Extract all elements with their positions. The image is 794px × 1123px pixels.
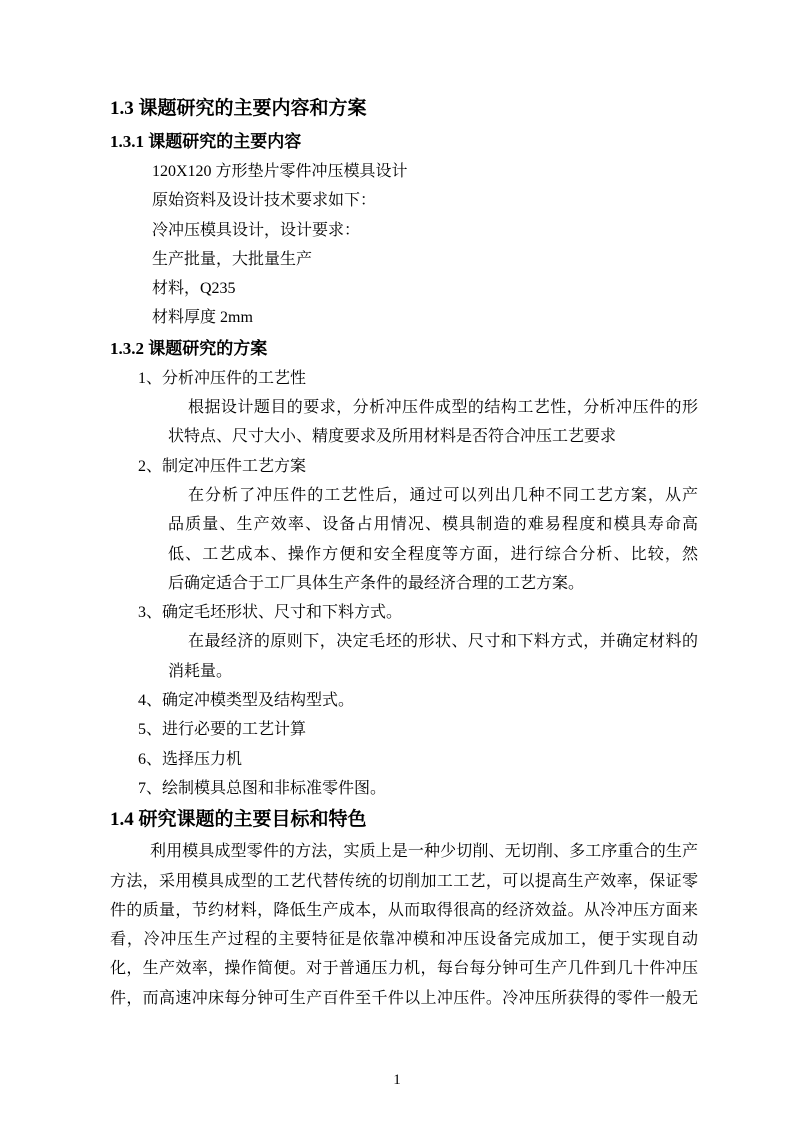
heading-1-4: 1.4 研究课题的主要目标和特色 xyxy=(110,803,698,837)
list-item-number: 3、 xyxy=(138,604,162,621)
intro-line: 生产批量，大批量生产 xyxy=(110,245,698,274)
heading-1-3-2: 1.3.2 课题研究的方案 xyxy=(110,333,698,364)
paragraph-line: 看，冷冲压生产过程的主要特征是依靠冲模和冲压设备完成加工，便于实现自动 xyxy=(110,925,698,954)
document-page: 1.3 课题研究的主要内容和方案 1.3.1 课题研究的主要内容 120X120… xyxy=(0,0,794,1123)
intro-line: 材料厚度 2mm xyxy=(110,303,698,332)
paragraph-line: 在最经济的原则下，决定毛坯的形状、尺寸和下料方式，并确定材料的 xyxy=(110,627,698,656)
list-item-title: 进行必要的工艺计算 xyxy=(162,721,306,738)
paragraph-line: 后确定适合于工厂具体生产条件的最经济合理的工艺方案。 xyxy=(110,569,698,598)
list-item-number: 4、 xyxy=(138,692,162,709)
list-item-5: 5、进行必要的工艺计算 xyxy=(110,715,698,744)
list-item-title: 确定毛坯形状、尺寸和下料方式。 xyxy=(162,604,402,621)
page-content: 1.3 课题研究的主要内容和方案 1.3.1 课题研究的主要内容 120X120… xyxy=(110,92,698,1013)
list-item-title: 绘制模具总图和非标准零件图。 xyxy=(162,780,386,797)
list-item-number: 2、 xyxy=(138,458,162,475)
list-item-7: 7、绘制模具总图和非标准零件图。 xyxy=(110,774,698,803)
paragraph-line: 根据设计题目的要求，分析冲压件成型的结构工艺性，分析冲压件的形 xyxy=(110,393,698,422)
list-item-title: 分析冲压件的工艺性 xyxy=(162,370,306,387)
paragraph-line: 品质量、生产效率、设备占用情况、模具制造的难易程度和模具寿命高 xyxy=(110,510,698,539)
list-item-title: 制定冲压件工艺方案 xyxy=(162,458,306,475)
heading-1-3-1: 1.3.1 课题研究的主要内容 xyxy=(110,126,698,157)
paragraph-line: 在分析了冲压件的工艺性后，通过可以列出几种不同工艺方案，从产 xyxy=(110,481,698,510)
list-item-6: 6、选择压力机 xyxy=(110,745,698,774)
list-item-number: 7、 xyxy=(138,780,162,797)
paragraph-line: 化，生产效率，操作简便。对于普通压力机，每台每分钟可生产几件到几十件冲压 xyxy=(110,954,698,983)
paragraph-line: 状特点、尺寸大小、精度要求及所用材料是否符合冲压工艺要求 xyxy=(110,422,698,451)
page-number: 1 xyxy=(0,1070,794,1090)
intro-line: 原始资料及设计技术要求如下： xyxy=(110,186,698,215)
list-item-number: 1、 xyxy=(138,370,162,387)
list-item-1: 1、分析冲压件的工艺性 xyxy=(110,364,698,393)
intro-line: 120X120 方形垫片零件冲压模具设计 xyxy=(110,157,698,186)
heading-1-3: 1.3 课题研究的主要内容和方案 xyxy=(110,92,698,126)
paragraph-line: 件的质量，节约材料，降低生产成本，从而取得很高的经济效益。从冷冲压方面来 xyxy=(110,896,698,925)
paragraph-line: 消耗量。 xyxy=(110,657,698,686)
paragraph-line: 件，而高速冲床每分钟可生产百件至千件以上冲压件。冷冲压所获得的零件一般无 xyxy=(110,984,698,1013)
paragraph-line: 利用模具成型零件的方法，实质上是一种少切削、无切削、多工序重合的生产 xyxy=(110,837,698,866)
list-item-number: 6、 xyxy=(138,751,162,768)
list-item-2: 2、制定冲压件工艺方案 xyxy=(110,452,698,481)
intro-line: 冷冲压模具设计，设计要求： xyxy=(110,216,698,245)
list-item-number: 5、 xyxy=(138,721,162,738)
paragraph-line: 方法，采用模具成型的工艺代替传统的切削加工工艺，可以提高生产效率，保证零 xyxy=(110,867,698,896)
list-item-title: 确定冲模类型及结构型式。 xyxy=(162,692,354,709)
list-item-title: 选择压力机 xyxy=(162,751,242,768)
list-item-3: 3、确定毛坯形状、尺寸和下料方式。 xyxy=(110,598,698,627)
intro-line: 材料，Q235 xyxy=(110,274,698,303)
list-item-4: 4、确定冲模类型及结构型式。 xyxy=(110,686,698,715)
paragraph-line: 低、工艺成本、操作方便和安全程度等方面，进行综合分析、比较，然 xyxy=(110,540,698,569)
